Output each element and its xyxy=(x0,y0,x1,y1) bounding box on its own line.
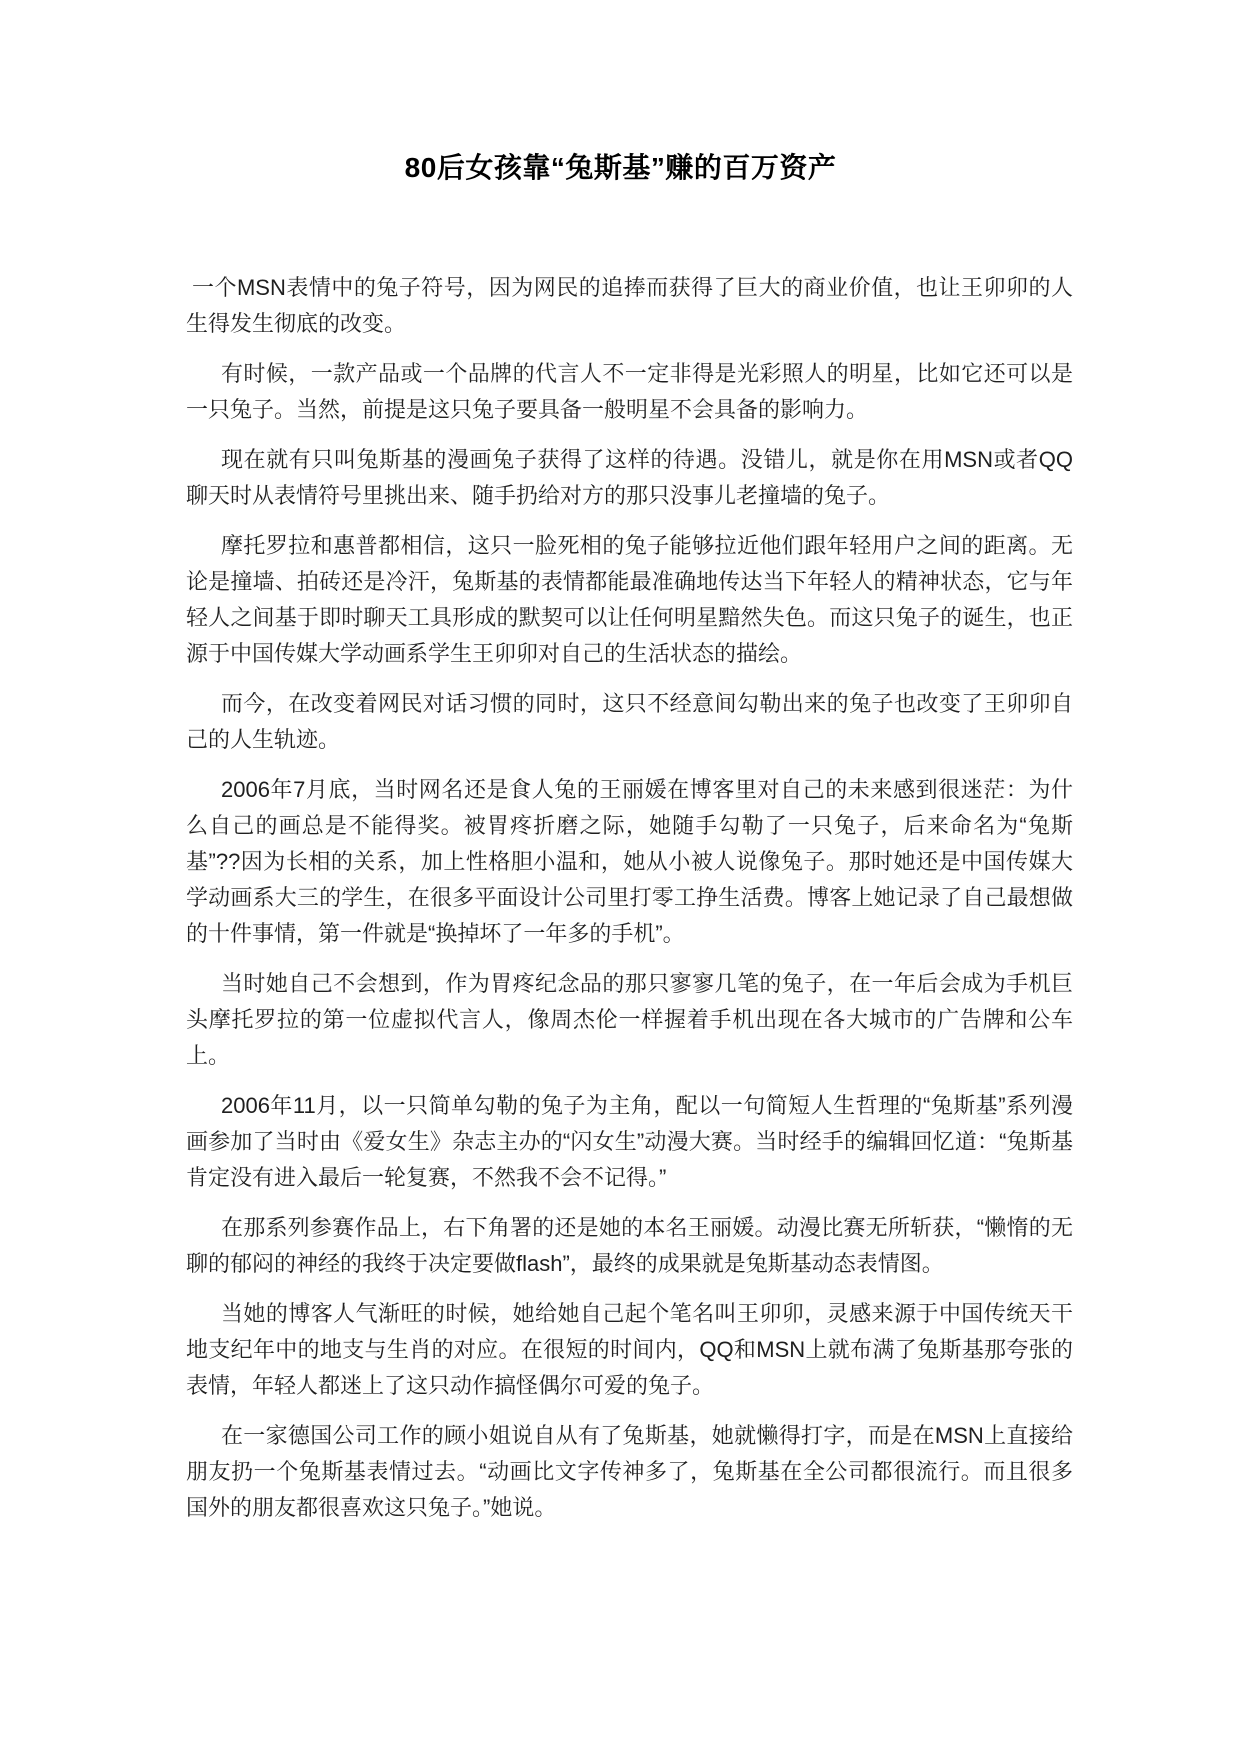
paragraph: 一个MSN表情中的兔子符号，因为网民的追捧而获得了巨大的商业价值，也让王卯卯的人… xyxy=(186,270,1073,342)
article-title: 80后女孩靠“兔斯基”赚的百万资产 xyxy=(0,150,1241,186)
paragraph: 当她的博客人气渐旺的时候，她给她自己起个笔名叫王卯卯，灵感来源于中国传统天干地支… xyxy=(186,1296,1073,1404)
paragraph: 2006年7月底，当时网名还是食人兔的王丽媛在博客里对自己的未来感到很迷茫：为什… xyxy=(186,772,1073,952)
paragraph: 当时她自己不会想到，作为胃疼纪念品的那只寥寥几笔的兔子，在一年后会成为手机巨头摩… xyxy=(186,966,1073,1074)
paragraph: 现在就有只叫兔斯基的漫画兔子获得了这样的待遇。没错儿，就是你在用MSN或者QQ聊… xyxy=(186,442,1073,514)
document-page: 80后女孩靠“兔斯基”赚的百万资产 一个MSN表情中的兔子符号，因为网民的追捧而… xyxy=(0,0,1241,1754)
paragraph: 摩托罗拉和惠普都相信，这只一脸死相的兔子能够拉近他们跟年轻用户之间的距离。无论是… xyxy=(186,528,1073,672)
paragraph: 有时候，一款产品或一个品牌的代言人不一定非得是光彩照人的明星，比如它还可以是一只… xyxy=(186,356,1073,428)
paragraph: 2006年11月，以一只简单勾勒的兔子为主角，配以一句简短人生哲理的“兔斯基”系… xyxy=(186,1088,1073,1196)
paragraph: 在一家德国公司工作的顾小姐说自从有了兔斯基，她就懒得打字，而是在MSN上直接给朋… xyxy=(186,1418,1073,1526)
paragraph: 在那系列参赛作品上，右下角署的还是她的本名王丽媛。动漫比赛无所斩获，“懒惰的无聊… xyxy=(186,1210,1073,1282)
paragraph: 而今，在改变着网民对话习惯的同时，这只不经意间勾勒出来的兔子也改变了王卯卯自己的… xyxy=(186,686,1073,758)
article-body: 一个MSN表情中的兔子符号，因为网民的追捧而获得了巨大的商业价值，也让王卯卯的人… xyxy=(186,270,1073,1526)
